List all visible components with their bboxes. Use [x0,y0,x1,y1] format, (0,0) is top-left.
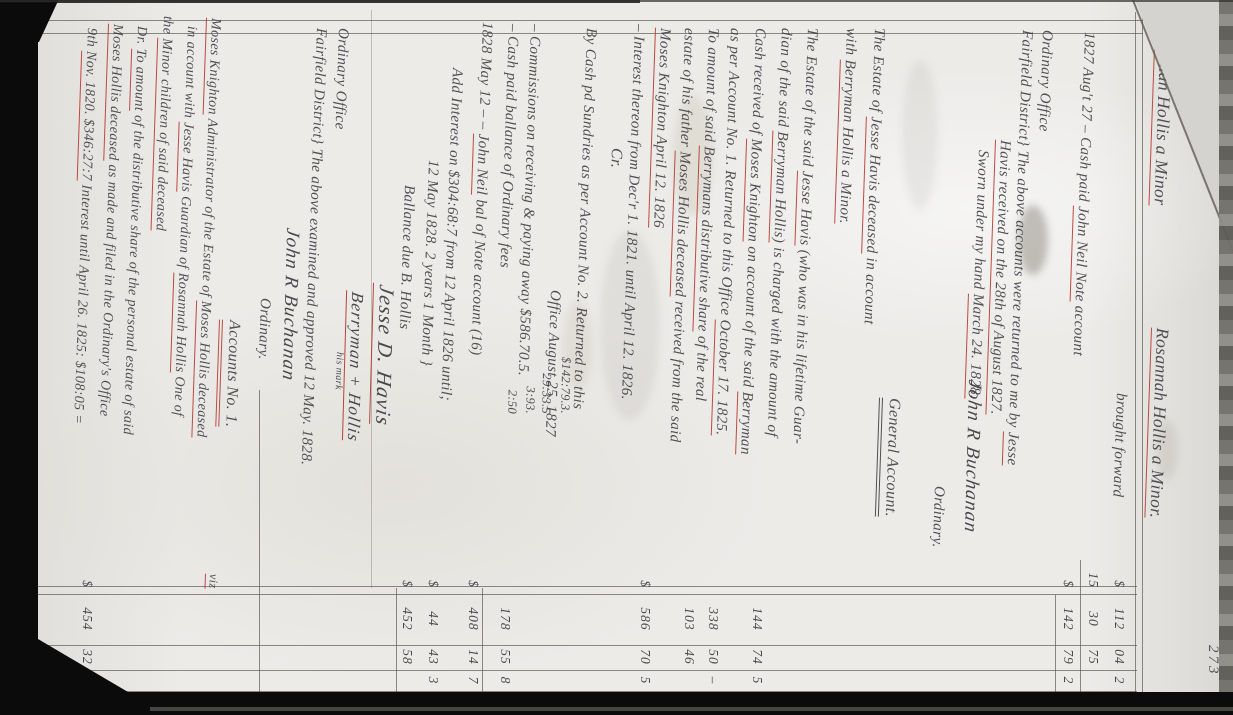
handwritten-line: The Estate of Jesse Havis deceased in ac… [860,28,887,325]
red-underlined-text: Moses Hollis deceased [191,301,213,438]
money-amount: 3 [425,671,441,690]
money-amount: 408 [465,597,481,641]
total-rule [396,588,397,692]
red-underlined-text: October 17. 1825. [711,319,733,436]
money-amount: 338 [705,597,721,641]
money-amount: 14 [465,646,481,668]
handwritten-line: Ordinary. [254,298,273,360]
red-underlined-text: Jesse D. Havis [369,283,399,428]
red-underlined-text: To amount [129,48,148,111]
money-amount: 30 [1085,597,1101,641]
money-amount: 454 [79,597,95,641]
red-underlined-text: Moses Hollis deceased [103,24,125,161]
signature: John R Buchanan [277,226,303,383]
total-rule [1055,595,1056,692]
money-column-rule [38,594,1137,595]
red-underlined-text: Jesse [1002,432,1021,466]
handwritten-line: the Minor children of said deceased [151,16,175,232]
handwritten-line: Add Interest on $304:68:7 from 12 April … [436,68,465,402]
scan-border-bottom-sliver [150,707,1233,711]
red-underlined-text: John Neil [471,133,491,195]
money-amount: 103 [681,597,697,641]
margin-rule [38,20,1143,21]
red-underlined-text: Rosannah Hollis [170,272,190,372]
text-segment: John R Buchanan [960,378,985,535]
money-amount: – [705,671,721,690]
money-amount: 15 [1085,538,1101,588]
handwritten-line: brought forward [1108,393,1129,498]
text-segment: Cr. [607,148,625,169]
money-amount: 70 [637,646,653,668]
inline-amount: $142:79.3. [557,330,574,414]
money-amount: 144 [749,597,765,641]
money-amount: $ [79,538,95,588]
money-amount: $ [1060,538,1076,588]
money-amount: $ [399,538,415,588]
money-amount: 7 [465,671,481,690]
money-amount: $ [425,538,441,588]
text-segment: 9th [83,28,99,52]
money-amount: 178 [497,597,513,641]
red-underlined-text: Rosannah Hollis a Minor. [1144,328,1173,519]
handwritten-line: Cr. [606,148,625,169]
text-segment: Ordinary. [929,486,947,548]
text-segment: Interest until April 26. 1825: $108:05 = [70,181,93,425]
text-segment: General Account. [882,398,903,517]
text-segment: 1828 May 12 – – [475,22,495,134]
handwritten-line: Moses Knighton April 12. 1826 [649,28,673,229]
text-segment: of the distributive share of the persona… [120,111,146,435]
handwritten-line: Rosannah Hollis a Minor. [1145,328,1173,519]
text-segment: Accounts No. 1. [222,320,243,428]
money-amount: 142 [1060,597,1076,641]
inline-amount: 3:93. [522,330,539,414]
handwritten-line: his mark [333,352,345,390]
text-segment: the [159,16,175,39]
text-segment: Ordinary. [255,298,273,360]
readable-content: 273 Berryman Hollis a MinorRosannah Holl… [38,0,1233,692]
money-amount: 50 [705,646,721,668]
total-rule [482,588,483,692]
red-underlined-text: John Neil Note [1070,206,1091,302]
money-amount: 04 [1111,646,1127,668]
handwritten-line: – Cash paid ballance of Ordinary fees [495,24,521,269]
text-segment: The Estate of [868,28,887,117]
money-amount: 5 [637,671,653,690]
text-segment: Dr. [133,26,149,49]
handwritten-line: Ordinary. [928,486,947,548]
text-segment: his mark [333,352,345,390]
signature: Berryman + Hollis [343,290,367,443]
signature: John R Buchanan [959,378,985,535]
text-segment: 1827 Aug't 27 – Cash paid [1075,32,1097,207]
money-column-rule [38,645,1137,646]
text-segment: By Cash pd Sundries as per Account No. 2… [570,28,599,410]
handwritten-line: Cash received of Moses Knighton on accou… [736,28,768,455]
text-segment: John R Buchanan [278,226,303,383]
text-segment: account [1070,301,1088,356]
signature: Jesse D. Havis [370,283,399,428]
red-underlined-text: Moses Knighton [743,138,765,242]
text-segment: To amount of said [701,28,721,147]
text-segment: is charged with the amount of [764,243,787,437]
handwritten-line: Ordinary Office [330,28,351,130]
money-amount: $ [1111,538,1127,588]
bleed-through [902,60,938,210]
text-segment: brought forward [1109,393,1129,498]
money-amount: 79 [1060,646,1076,668]
text-segment: Add Interest on $304:68:7 from 12 April … [437,68,465,402]
red-underlined-text: Jesse Havis deceased [861,116,884,254]
text-segment: in account [861,253,879,325]
header-rule [1135,12,1136,692]
section-rule [259,390,260,692]
money-amount: 2 [1060,671,1076,690]
handwritten-line: Ordinary Office [1034,30,1055,132]
text-segment: dian of the said [774,28,794,132]
text-segment: in account with [181,26,199,123]
red-underlined-text: Berryman Hollis) [768,131,790,243]
text-segment: Administrator of the Estate of [198,115,219,301]
red-underlined-text: Moses Hollis deceased [670,151,693,297]
money-amount: $ [465,538,481,588]
text-segment: One of [170,372,187,417]
text-segment: of the real [692,332,710,402]
handwritten-line: dian of the said Berryman Hollis) is cha… [763,28,794,438]
money-column-rule [38,586,1137,587]
scan-border-bottom [0,692,1233,715]
text-segment: Cash received of [748,28,768,139]
scanned-ledger-page: 273 Berryman Hollis a MinorRosannah Holl… [0,0,1233,715]
money-column-rule [38,670,1137,671]
text-segment: Guardian of [175,192,193,273]
red-underlined-text: Moses Knighton April 12. 1826 [648,28,673,229]
text-segment: (who was in his lifetime Guar- [789,245,812,444]
red-underlined-text: Berryman Hollis a Minor. [834,59,858,224]
handwritten-line: viz [205,574,220,589]
scan-border-left [0,0,38,715]
handwritten-line: 12 May 1828. 2 years 1 Month } [417,160,441,367]
red-underlined-text: Jesse Havis [794,171,815,246]
money-amount: 44 [425,597,441,641]
money-amount: 452 [399,597,415,641]
money-amount: $ [637,538,653,588]
money-amount: 8 [497,671,513,690]
text-segment: 12 May 1828. 2 years 1 Month } [418,160,441,367]
money-amount: 75 [1085,646,1101,668]
money-amount: 58 [399,646,415,668]
text-segment: on account of the said [739,242,760,392]
handwritten-line: Accounts No. 1. [215,320,243,428]
red-underlined-text: Minor children of said deceased [150,38,174,232]
text-segment: as per Account No. 1. Returned to this O… [717,28,743,320]
text-segment: – Cash paid ballance of Ordinary fees [496,24,521,269]
text-segment: as made and filed in the Ordinary's Offi… [96,160,120,416]
handwritten-line: General Account. [875,398,903,518]
inline-amount: 29:33.5 [538,330,555,414]
money-amount: 55 [497,646,513,668]
red-underlined-text: Berryman + Hollis [342,290,367,443]
money-amount: 2 [1111,671,1127,690]
handwritten-line: with Berryman Hollis a Minor. [835,28,859,225]
handwritten-line: 9th Nov. 1820. $346:27:7 Interest until … [69,28,99,425]
money-amount: 74 [749,646,765,668]
text-segment: Sworn under my hand [970,150,991,294]
total-rule [1080,560,1081,692]
text-segment: received from the said [667,297,688,443]
text-segment: Ballance due B. Hollis [396,185,417,330]
text-segment: The Estate of the said [799,28,820,171]
handwritten-line: 1827 Aug't 27 – Cash paid John Neil Note… [1069,32,1097,357]
money-amount: 112 [1111,597,1127,641]
text-segment: bal of Note account (16) [467,195,489,356]
text-segment: Ordinary Office [1035,30,1055,132]
handwritten-line: The Estate of the said Jesse Havis (who … [788,28,820,445]
scan-border-top [0,0,1233,2]
red-underlined-text: Jesse Havis [176,122,195,193]
money-amount: 5 [749,671,765,690]
handwritten-line: 1828 May 12 – – John Neil bal of Note ac… [466,22,495,356]
inline-amount: 2:50 [504,330,521,414]
header-rule [1142,12,1143,692]
text-segment: with [842,28,859,60]
scan-border-right [1219,0,1233,715]
red-underlined-text: viz [204,574,220,589]
handwritten-line: Dr. To amount of the distributive share … [119,26,149,436]
money-amount: 46 [681,646,697,668]
money-amount: 586 [637,597,653,641]
ledger-sheet: 273 Berryman Hollis a MinorRosannah Holl… [38,0,1233,692]
text-segment: Ordinary Office [331,28,351,130]
red-underlined-text: Berryman [735,391,755,455]
red-underlined-text: Moses Knighton [203,18,223,116]
money-amount: 43 [425,646,441,668]
red-underlined-text: Nov. 1820. $346:27:7 [77,51,99,181]
